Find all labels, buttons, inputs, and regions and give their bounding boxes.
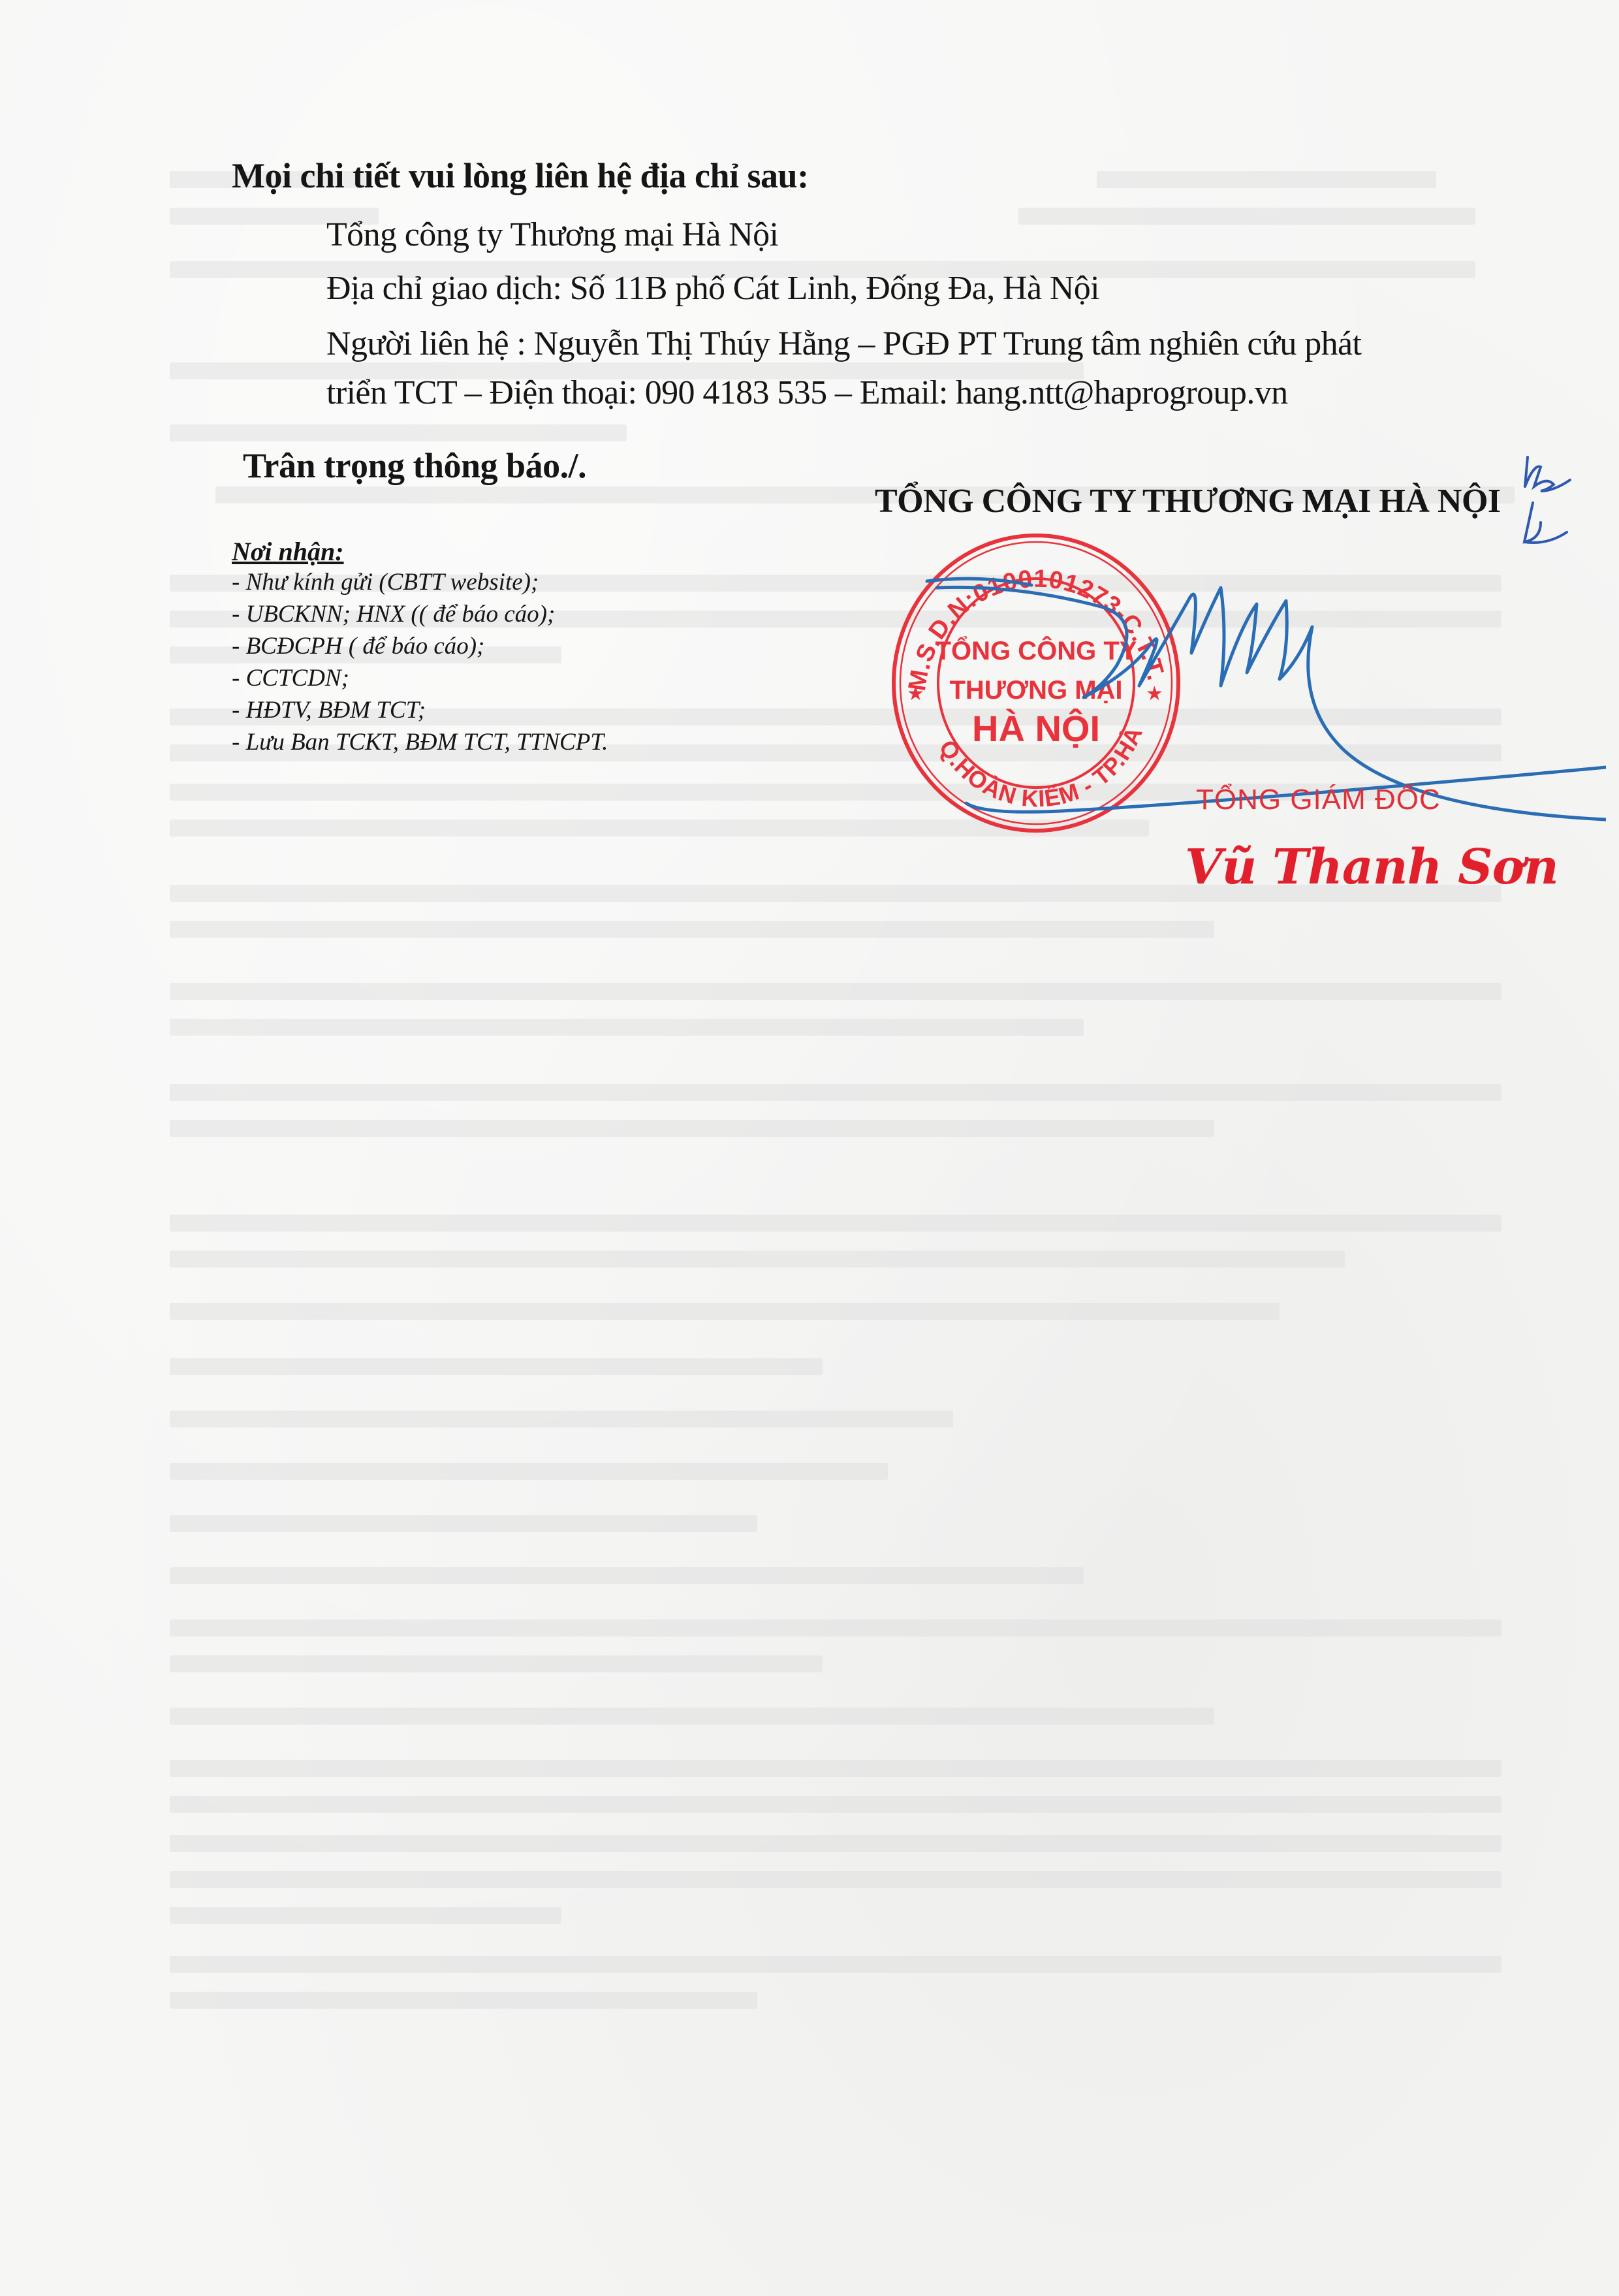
recipient-item: - Như kính gửi (CBTT website); bbox=[232, 566, 608, 598]
recipient-item: - CCTCDN; bbox=[232, 662, 608, 694]
contact-heading: Mọi chi tiết vui lòng liên hệ địa chỉ sa… bbox=[232, 155, 809, 196]
signatory-organization: TỔNG CÔNG TY THƯƠNG MẠI HÀ NỘI bbox=[875, 482, 1501, 520]
contact-company: Tổng công ty Thương mại Hà Nội bbox=[326, 215, 778, 254]
recipient-item: - Lưu Ban TCKT, BĐM TCT, TTNCPT. bbox=[232, 726, 608, 758]
contact-person-line-2: triển TCT – Điện thoại: 090 4183 535 – E… bbox=[326, 374, 1288, 412]
signatory-title: TỔNG GIÁM ĐỐC bbox=[1196, 784, 1441, 816]
recipient-item: - BCĐCPH ( để báo cáo); bbox=[232, 630, 608, 662]
contact-address: Địa chỉ giao dịch: Số 11B phố Cát Linh, … bbox=[326, 269, 1099, 308]
recipients-block: Nơi nhận: - Như kính gửi (CBTT website);… bbox=[232, 535, 608, 758]
recipient-item: - HĐTV, BĐM TCT; bbox=[232, 694, 608, 726]
closing-remark: Trân trọng thông báo./. bbox=[243, 445, 586, 486]
recipients-title: Nơi nhận: bbox=[232, 535, 608, 567]
contact-person-line-1: Người liên hệ : Nguyễn Thị Thúy Hằng – P… bbox=[326, 325, 1361, 363]
initials-ink bbox=[1515, 451, 1573, 555]
recipient-item: - UBCKNN; HNX (( để báo cáo); bbox=[232, 598, 608, 630]
signature-ink bbox=[914, 549, 1606, 823]
signatory-name: Vũ Thanh Sơn bbox=[1185, 839, 1558, 895]
